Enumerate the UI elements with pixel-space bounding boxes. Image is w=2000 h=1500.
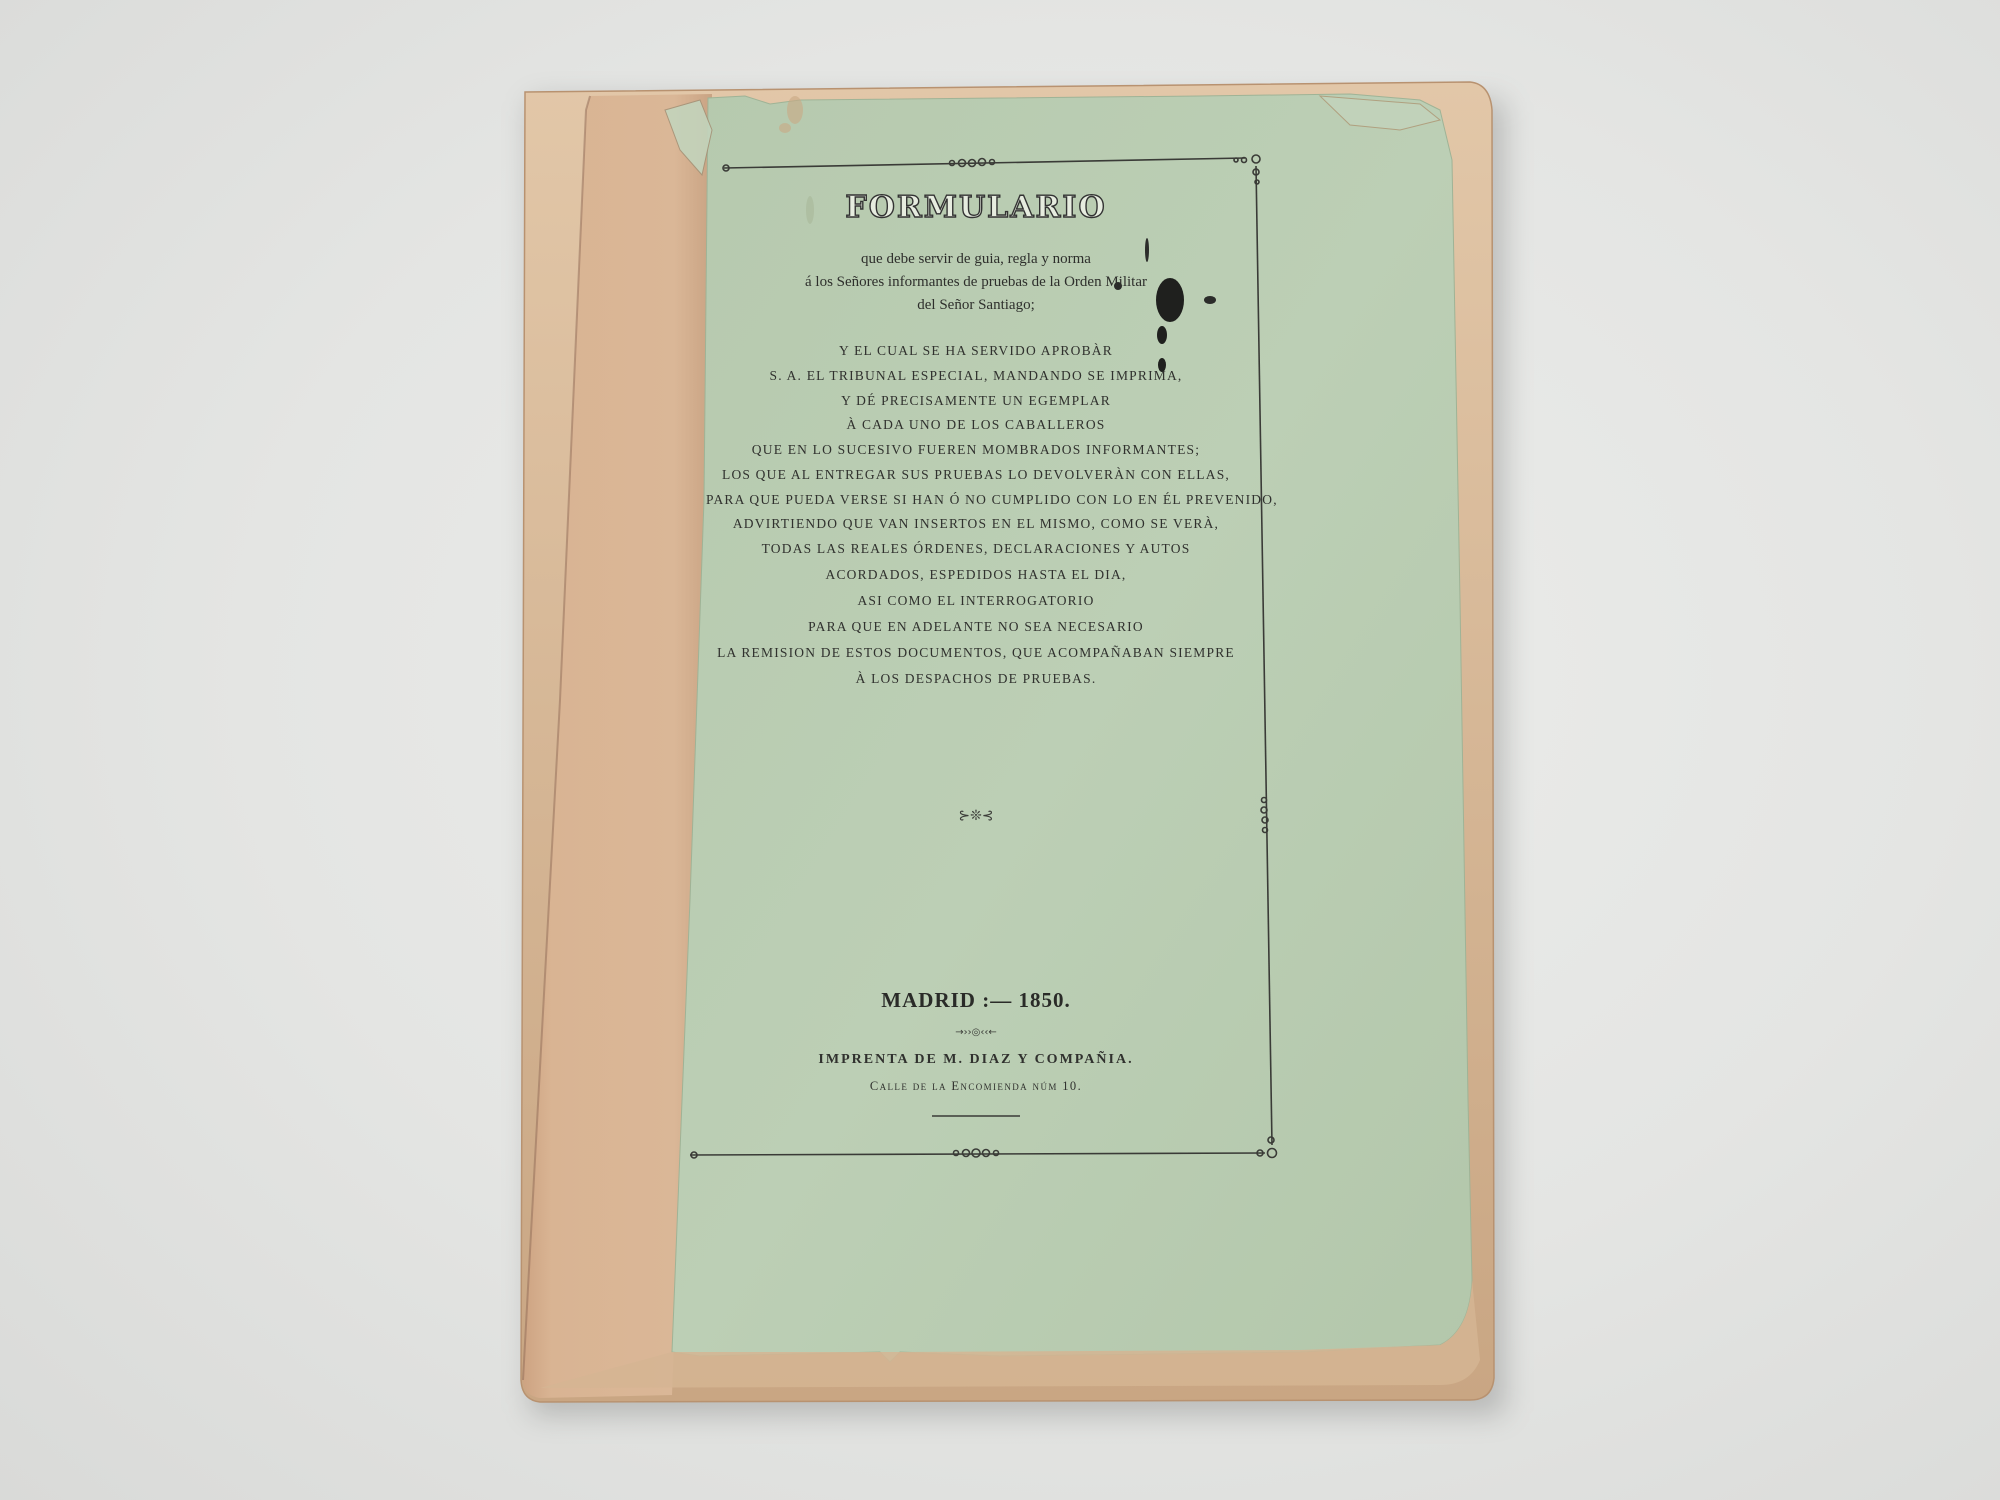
booklet: FORMULARIO que debe servir de guia, regl… bbox=[0, 0, 2000, 1500]
body-line: À CADA UNO DE LOS CABALLEROS bbox=[706, 417, 1246, 433]
flourish-ornament: ⊱❊⊰ bbox=[706, 808, 1246, 824]
body-line: ASI COMO EL INTERROGATORIO bbox=[706, 593, 1246, 609]
subtitle-line-3: del Señor Santiago; bbox=[706, 297, 1246, 314]
body-line: QUE EN LO SUCESIVO FUEREN MOMBRADOS INFO… bbox=[706, 442, 1246, 458]
imprint-address: Calle de la Encomienda núm 10. bbox=[706, 1079, 1246, 1094]
imprint-ornament: →››◎‹‹← bbox=[706, 1027, 1246, 1038]
body-line: Y DÉ PRECISAMENTE UN EGEMPLAR bbox=[706, 393, 1246, 409]
body-line: ACORDADOS, ESPEDIDOS HASTA EL DIA, bbox=[706, 567, 1246, 583]
booklet-illustration bbox=[0, 0, 2000, 1500]
body-line: TODAS LAS REALES ÓRDENES, DECLARACIONES … bbox=[706, 541, 1246, 557]
subtitle-line-2: á los Señores informantes de pruebas de … bbox=[706, 274, 1246, 291]
body-line: PARA QUE PUEDA VERSE SI HAN Ó NO CUMPLID… bbox=[706, 492, 1246, 508]
cover-title: FORMULARIO bbox=[706, 190, 1246, 225]
body-line: PARA QUE EN ADELANTE NO SEA NECESARIO bbox=[706, 619, 1246, 635]
imprint-place-date: MADRID :— 1850. bbox=[706, 988, 1246, 1013]
subtitle-line-1: que debe servir de guia, regla y norma bbox=[706, 251, 1246, 268]
body-line: Y EL CUAL SE HA SERVIDO APROBÀR bbox=[706, 343, 1246, 359]
imprint-printer: IMPRENTA DE M. DIAZ Y COMPAÑIA. bbox=[706, 1052, 1246, 1068]
body-line: LA REMISION DE ESTOS DOCUMENTOS, QUE ACO… bbox=[706, 645, 1246, 661]
body-line: S. A. EL TRIBUNAL ESPECIAL, MANDANDO SE … bbox=[706, 368, 1246, 384]
body-line: LOS QUE AL ENTREGAR SUS PRUEBAS LO DEVOL… bbox=[706, 467, 1246, 483]
body-line: À LOS DESPACHOS DE PRUEBAS. bbox=[706, 671, 1246, 687]
body-line: ADVIRTIENDO QUE VAN INSERTOS EN EL MISMO… bbox=[706, 516, 1246, 532]
